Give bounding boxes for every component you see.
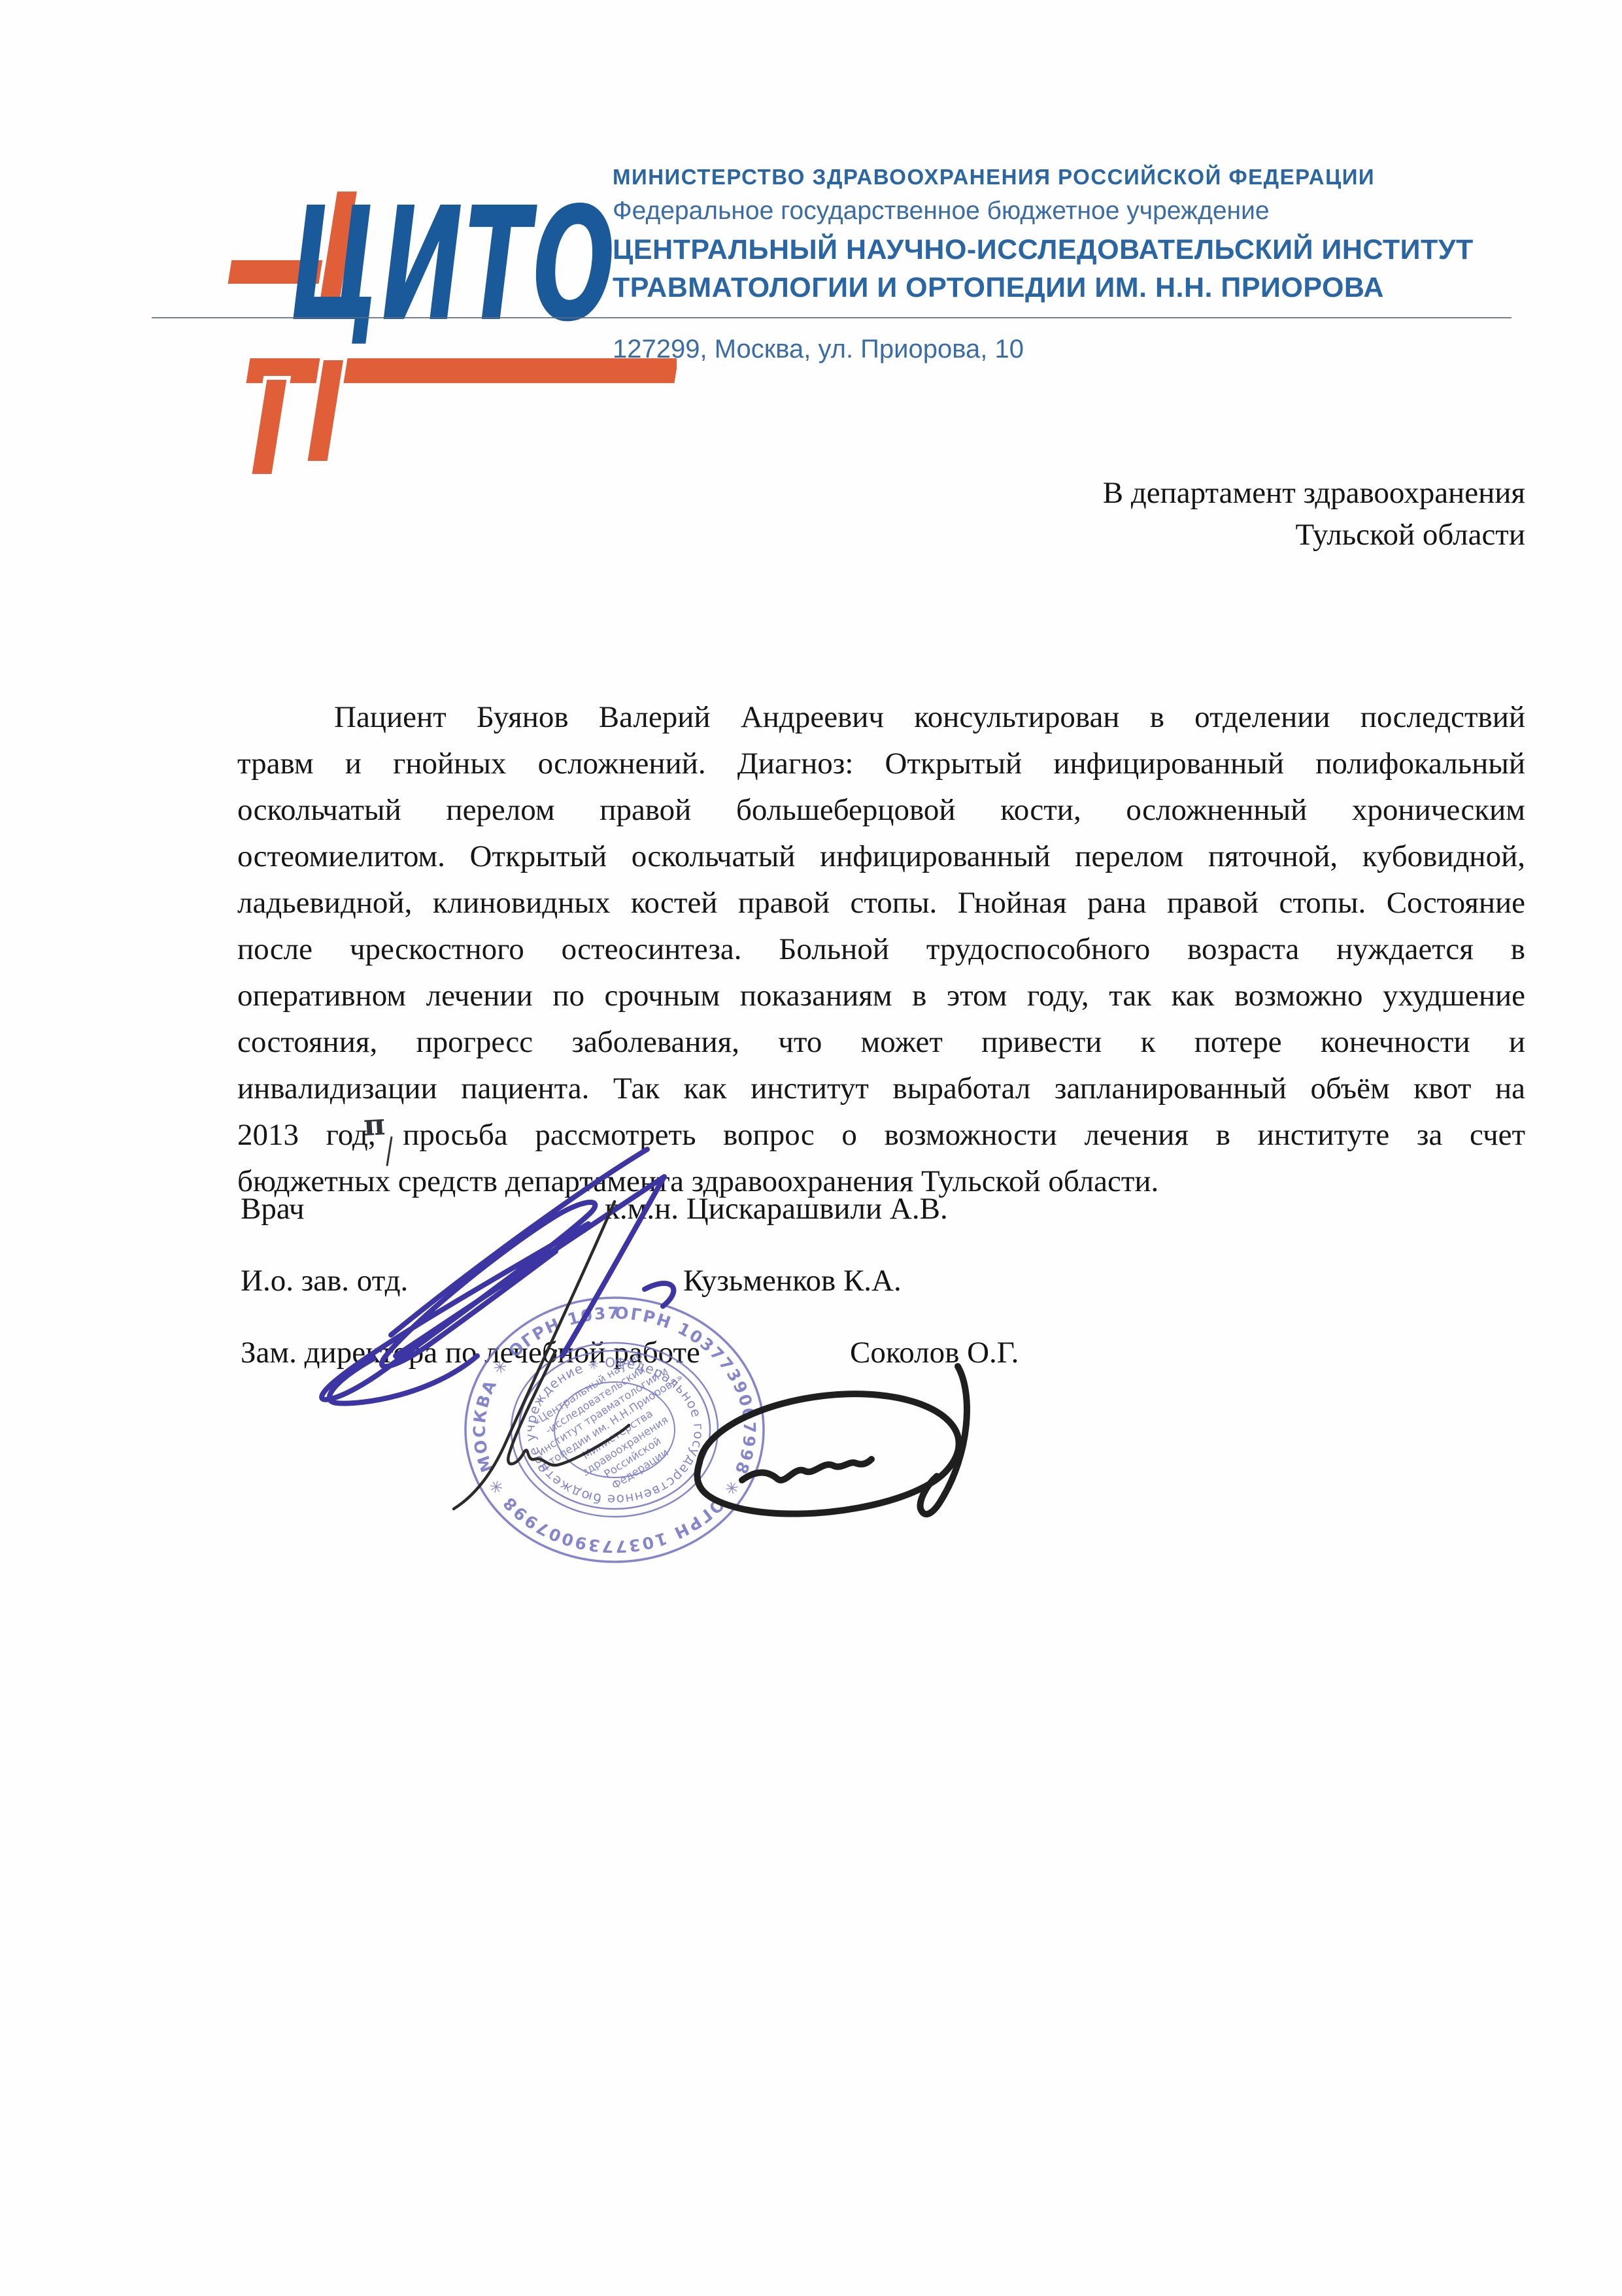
body-line: оскольчатый перелом правой большеберцово… <box>237 787 1525 834</box>
recipient-line2: Тульской области <box>1103 514 1525 556</box>
body-line: состояния, прогресс заболевания, что мож… <box>237 1019 1525 1066</box>
org-name-line1: ЦЕНТРАЛЬНЫЙ НАУЧНО-ИССЛЕДОВАТЕЛЬСКИЙ ИНС… <box>613 234 1474 266</box>
letterhead-divider <box>152 317 1512 318</box>
logo-wordmark: ЦИТО <box>290 175 617 357</box>
body-line: травм и гнойных осложнений. Диагноз: Отк… <box>237 741 1525 787</box>
body-line: после чрескостного остеосинтеза. Больной… <box>237 926 1525 973</box>
body-line: ладьевидной, клиновидных костей правой с… <box>237 880 1525 926</box>
body-line: инвалидизации пациента. Так как институт… <box>237 1066 1525 1112</box>
body-line: остеомиелитом. Открытый оскольчатый инфи… <box>237 834 1525 880</box>
org-name-line2: ТРАВМАТОЛОГИИ И ОРТОПЕДИИ ИМ. Н.Н. ПРИОР… <box>613 272 1384 304</box>
signature-stroke <box>508 1351 629 1465</box>
recipient-line1: В департамент здравоохранения <box>1103 472 1525 514</box>
signature-sokolov-ink <box>650 1348 990 1564</box>
letter-body: Пациент Буянов Валерий Андреевич консуль… <box>237 694 1525 1205</box>
body-line: оперативном лечении по срочным показания… <box>237 973 1525 1019</box>
body-line: Пациент Буянов Валерий Андреевич консуль… <box>237 694 1525 741</box>
signature-stroke <box>454 1202 615 1509</box>
recipient-block: В департамент здравоохранения Тульской о… <box>1103 472 1525 556</box>
org-type-line: Федеральное государственное бюджетное уч… <box>613 197 1270 226</box>
handwritten-correction: п <box>363 1107 386 1143</box>
org-address: 127299, Москва, ул. Приорова, 10 <box>613 335 1024 364</box>
cito-logo: ЦИТО <box>193 162 677 476</box>
signature-stroke <box>742 1459 871 1480</box>
letter-page: ЦИТО МИНИСТЕРСТВО ЗДРАВООХРАНЕНИЯ РОССИЙ… <box>0 0 1622 2296</box>
ministry-line: МИНИСТЕРСТВО ЗДРАВООХРАНЕНИЯ РОССИЙСКОЙ … <box>613 165 1375 190</box>
